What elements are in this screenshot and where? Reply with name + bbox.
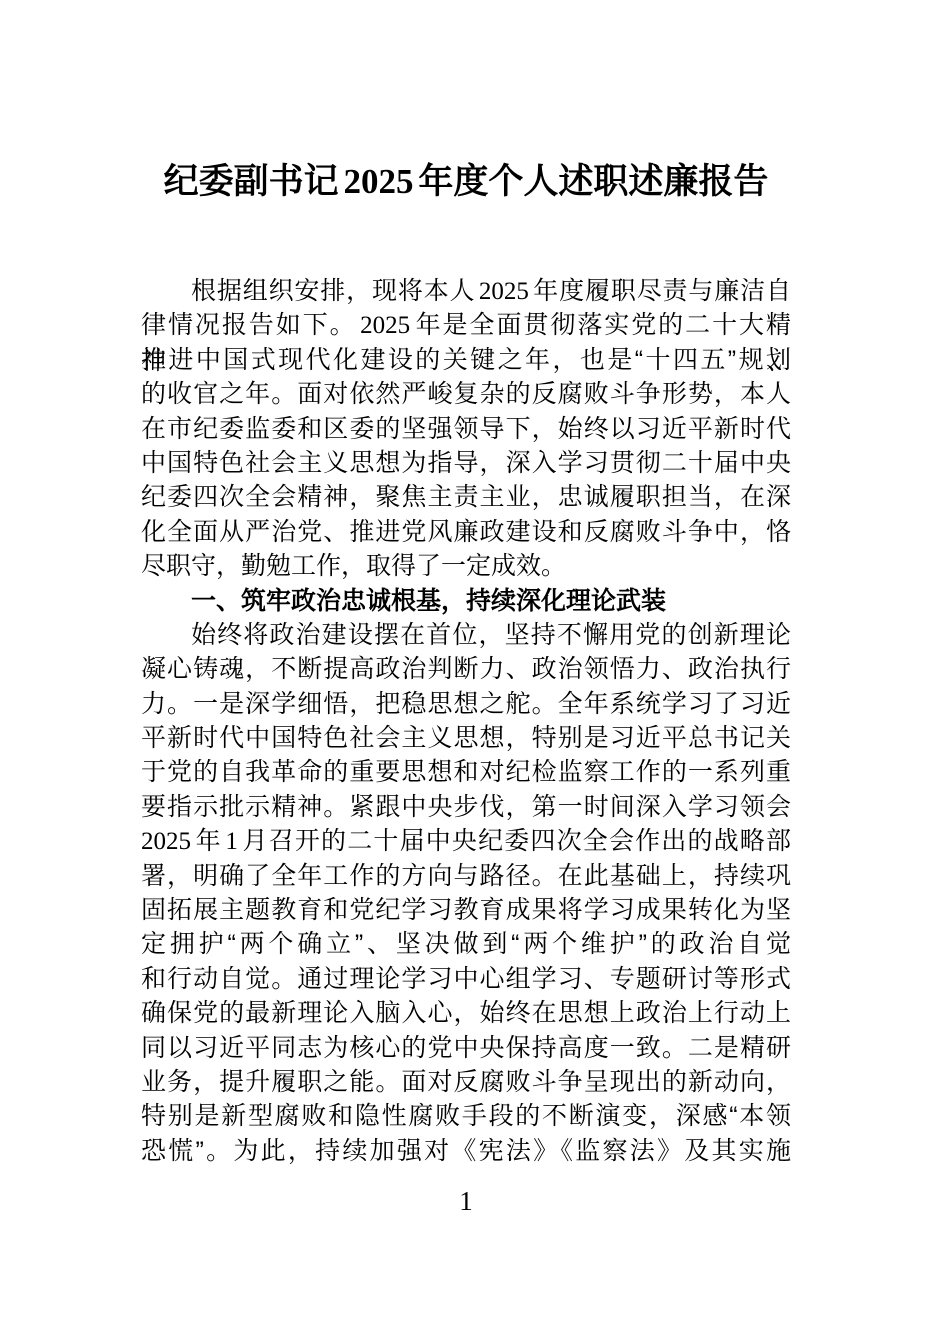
text-line: 始终将政治建设摆在首位，坚持不懈用党的创新理论 (141, 618, 791, 652)
text-line: 在市纪委监委和区委的坚强领导下，始终以习近平新时代 (141, 412, 791, 446)
document-page: 纪委副书记2025年度个人述职述廉报告 根据组织安排，现将本人2025年度履职尽… (0, 0, 950, 1344)
text-line: 于党的自我革命的重要思想和对纪检监察工作的一系列重 (141, 755, 791, 789)
text-line: 固拓展主题教育和党纪学习教育成果将学习成果转化为坚 (141, 893, 791, 927)
text-line: 定拥护“两个确立”、坚决做到“两个维护”的政治自觉 (141, 927, 791, 961)
document-body: 根据组织安排，现将本人2025年度履职尽责与廉洁自律情况报告如下。2025年是全… (141, 274, 791, 1168)
text-line: 纪委四次全会精神，聚焦主责主业，忠诚履职担当，在深 (141, 480, 791, 514)
text-line: 根据组织安排，现将本人2025年度履职尽责与廉洁自 (141, 274, 791, 308)
text-line: 律情况报告如下。2025年是全面贯彻落实党的二十大精神、 (141, 308, 791, 342)
text-line: 凝心铸魂，不断提高政治判断力、政治领悟力、政治执行 (141, 652, 791, 686)
document-title: 纪委副书记2025年度个人述职述廉报告 (141, 156, 791, 208)
numeral: 2025 (344, 162, 414, 201)
section-heading: 一、筑牢政治忠诚根基，持续深化理论武装 (141, 584, 791, 618)
text-line: 业务，提升履职之能。面对反腐败斗争呈现出的新动向， (141, 1065, 791, 1099)
numeral: 2025 (141, 828, 191, 855)
page-number: 1 (141, 1184, 791, 1218)
text-line: 特别是新型腐败和隐性腐败手段的不断演变，深感“本领 (141, 1099, 791, 1133)
text-line: 恐慌”。为此，持续加强对《宪法》《监察法》及其实施 (141, 1134, 791, 1168)
text-line: 要指示批示精神。紧跟中央步伐，第一时间深入学习领会 (141, 790, 791, 824)
text-line: 2025年1月召开的二十届中央纪委四次全会作出的战略部 (141, 824, 791, 858)
numeral: 2025 (479, 278, 529, 305)
text-line: 同以习近平同志为核心的党中央保持高度一致。二是精研 (141, 1031, 791, 1065)
text-line: 署，明确了全年工作的方向与路径。在此基础上，持续巩 (141, 859, 791, 893)
numeral: 1 (225, 828, 238, 855)
numeral: 2025 (360, 312, 410, 339)
text-line: 尽职守，勤勉工作，取得了一定成效。 (141, 549, 791, 583)
text-line: 的收官之年。面对依然严峻复杂的反腐败斗争形势，本人 (141, 377, 791, 411)
text-line: 确保党的最新理论入脑入心，始终在思想上政治上行动上 (141, 996, 791, 1030)
text-line: 中国特色社会主义思想为指导，深入学习贯彻二十届中央 (141, 446, 791, 480)
text-line: 推进中国式现代化建设的关键之年，也是“十四五”规划 (141, 343, 791, 377)
text-line: 力。一是深学细悟，把稳思想之舵。全年系统学习了习近 (141, 687, 791, 721)
text-line: 和行动自觉。通过理论学习中心组学习、专题研讨等形式 (141, 962, 791, 996)
text-line: 化全面从严治党、推进党风廉政建设和反腐败斗争中，恪 (141, 515, 791, 549)
text-line: 平新时代中国特色社会主义思想，特别是习近平总书记关 (141, 721, 791, 755)
